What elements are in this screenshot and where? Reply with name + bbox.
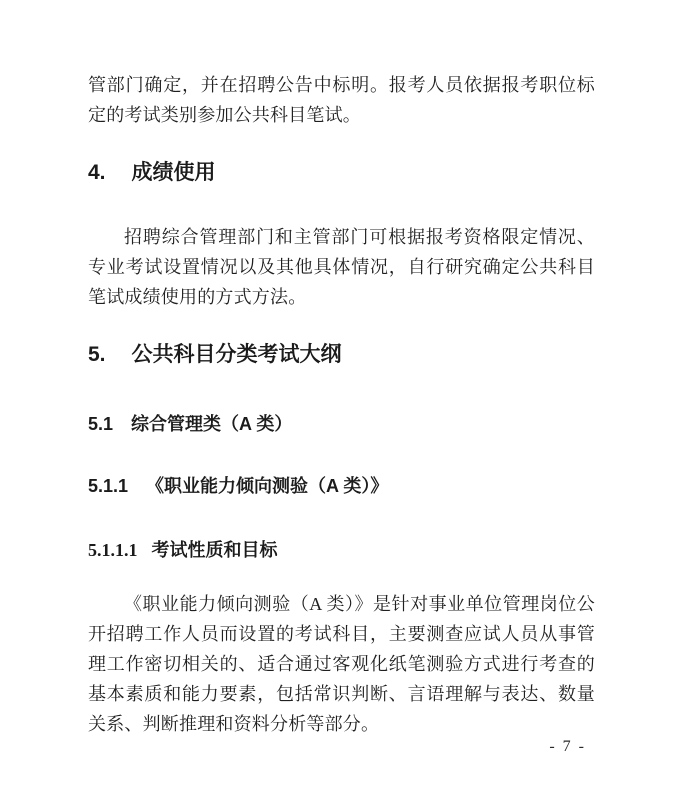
section-5-1-1-1-heading: 5.1.1.1考试性质和目标 — [88, 538, 595, 562]
section-4-paragraph: 招聘综合管理部门和主管部门可根据报考资格限定情况、专业考试设置情况以及其他具体情… — [88, 222, 595, 312]
section-5-1-number: 5.1 — [88, 412, 113, 436]
section-5-1-1-1-title: 考试性质和目标 — [152, 540, 278, 560]
document-page: 管部门确定，并在招聘公告中标明。报考人员依据报考职位标定的考试类别参加公共科目笔… — [0, 0, 681, 799]
section-5-title: 公共科目分类考试大纲 — [132, 343, 342, 366]
page-number: - 7 - — [549, 738, 586, 756]
section-4-number: 4. — [88, 160, 106, 186]
section-5-number: 5. — [88, 342, 106, 368]
section-5-1-1-heading: 5.1.1《职业能力倾向测验（A 类）》 — [88, 474, 595, 498]
section-5-1-heading: 5.1综合管理类（A 类） — [88, 412, 595, 436]
section-5-1-1-title: 《职业能力倾向测验（A 类）》 — [146, 476, 388, 496]
section-4-title: 成绩使用 — [132, 161, 216, 184]
section-4-heading: 4.成绩使用 — [88, 160, 595, 186]
section-5-1-1-1-number: 5.1.1.1 — [88, 538, 138, 562]
section-5-1-title: 综合管理类（A 类） — [131, 414, 292, 434]
section-5-1-1-1-paragraph: 《职业能力倾向测验（A 类）》是针对事业单位管理岗位公开招聘工作人员而设置的考试… — [88, 589, 595, 739]
continuation-paragraph: 管部门确定，并在招聘公告中标明。报考人员依据报考职位标定的考试类别参加公共科目笔… — [88, 70, 595, 130]
page-content: 管部门确定，并在招聘公告中标明。报考人员依据报考职位标定的考试类别参加公共科目笔… — [88, 0, 595, 739]
section-5-heading: 5.公共科目分类考试大纲 — [88, 342, 595, 368]
section-5-1-1-number: 5.1.1 — [88, 474, 128, 498]
